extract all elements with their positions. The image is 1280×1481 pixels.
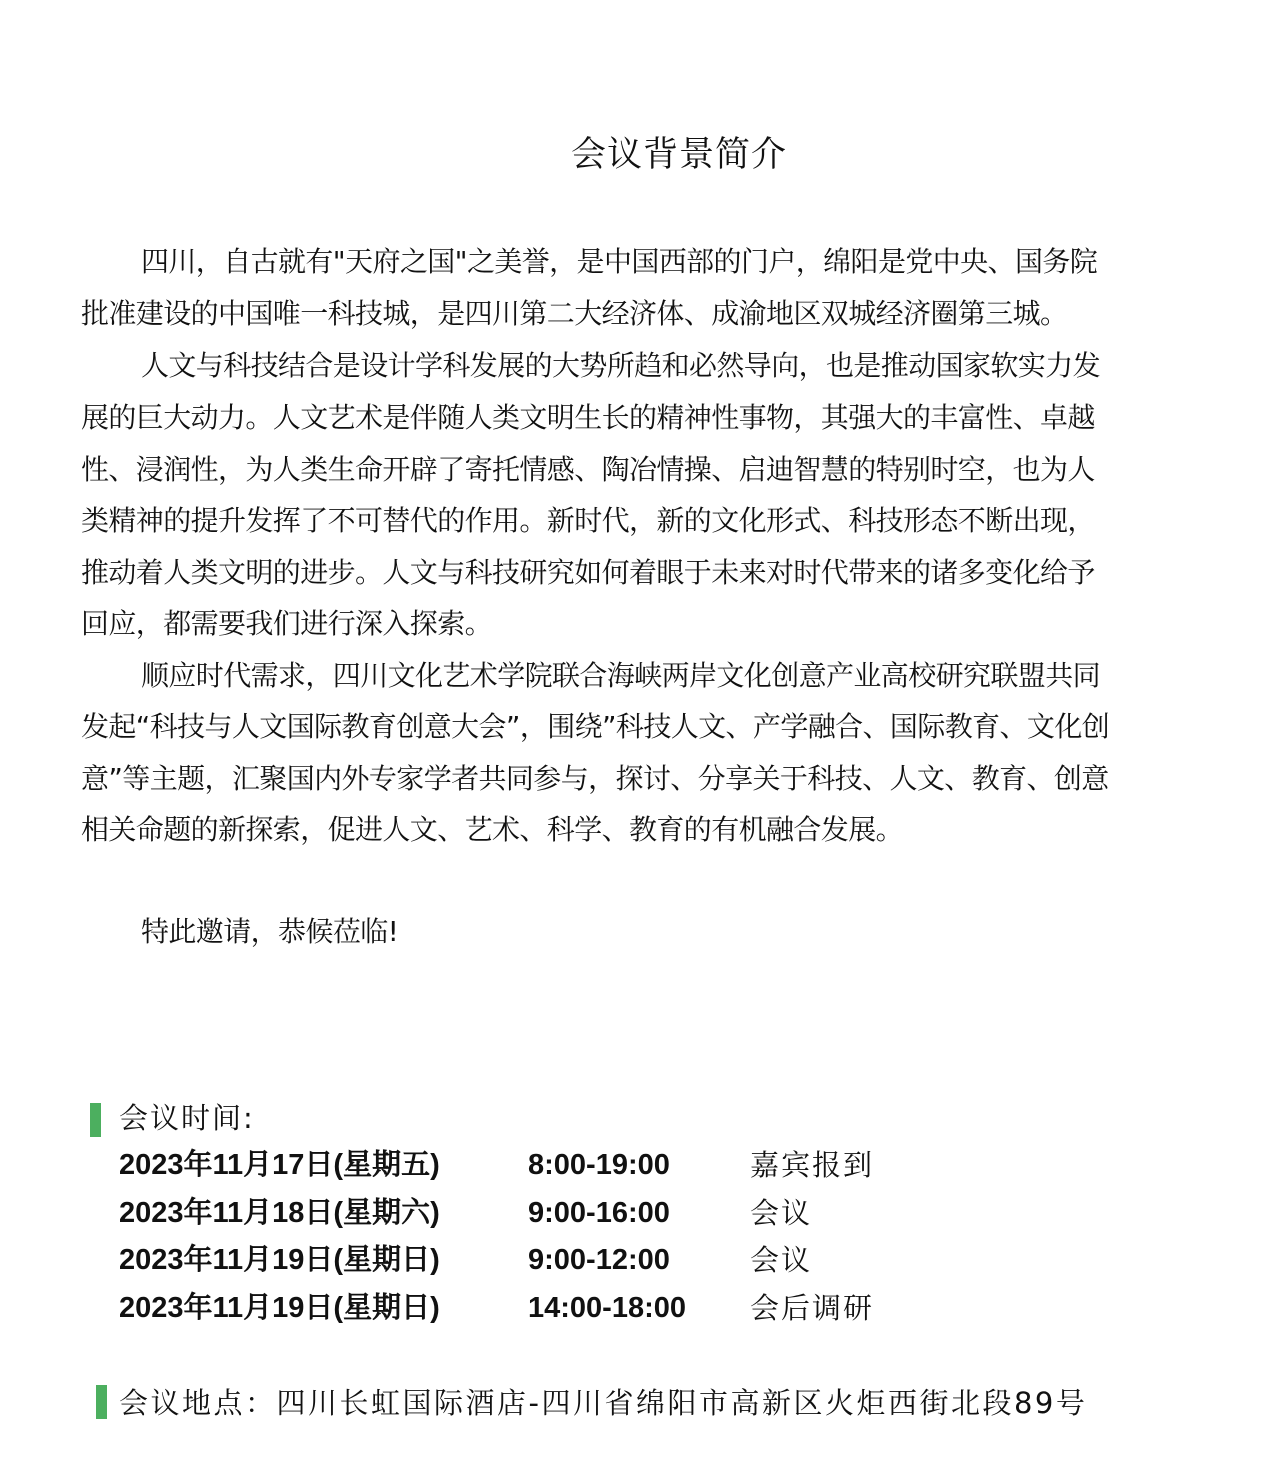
text-line: 推动着人类文明的进步。人文与科技研究如何着眼于未来对时代带来的诸多变化给予 — [81, 555, 1095, 591]
schedule-heading: 会议时间: — [119, 1099, 255, 1137]
section-marker-icon — [90, 1103, 101, 1137]
venue-label: 会议地点： — [119, 1386, 277, 1420]
schedule-activity: 会议 — [750, 1241, 812, 1279]
schedule-time: 9:00-16:00 — [528, 1194, 670, 1232]
schedule-date: 2023年11月19日(星期日) — [119, 1289, 440, 1327]
venue-line: 会议地点：四川长虹国际酒店-四川省绵阳市高新区火炬西街北段89号 — [119, 1384, 1087, 1422]
schedule-activity: 会议 — [750, 1194, 812, 1232]
schedule-time: 8:00-19:00 — [528, 1146, 670, 1184]
text-line: 四川，自古就有"天府之国"之美誉，是中国西部的门户，绵阳是党中央、国务院 — [141, 244, 1097, 280]
schedule-time: 14:00-18:00 — [528, 1289, 686, 1327]
text-line: 批准建设的中国唯一科技城，是四川第二大经济体、成渝地区双城经济圈第三城。 — [81, 296, 1067, 332]
schedule-time: 9:00-12:00 — [528, 1241, 670, 1279]
text-line: 相关命题的新探索，促进人文、艺术、科学、教育的有机融合发展。 — [81, 812, 903, 848]
closing-text: 特此邀请，恭候莅临! — [141, 914, 398, 950]
text-line: 意”等主题，汇聚国内外专家学者共同参与，探讨、分享关于科技、人文、教育、创意 — [81, 761, 1109, 797]
schedule-activity: 会后调研 — [750, 1289, 874, 1327]
text-line: 性、浸润性，为人类生命开辟了寄托情感、陶冶情操、启迪智慧的特别时空，也为人 — [81, 452, 1095, 488]
text-line: 顺应时代需求，四川文化艺术学院联合海峡两岸文化创意产业高校研究联盟共同 — [141, 658, 1100, 694]
section-marker-icon — [96, 1385, 107, 1419]
text-line: 类精神的提升发挥了不可替代的作用。新时代，新的文化形式、科技形态不断出现， — [81, 503, 1095, 539]
schedule-date: 2023年11月17日(星期五) — [119, 1146, 440, 1184]
schedule-date: 2023年11月19日(星期日) — [119, 1241, 440, 1279]
text-line: 展的巨大动力。人文艺术是伴随人类文明生长的精神性事物，其强大的丰富性、卓越 — [81, 400, 1095, 436]
venue-address: 四川长虹国际酒店-四川省绵阳市高新区火炬西街北段89号 — [277, 1386, 1088, 1420]
page-title: 会议背景简介 — [0, 130, 1280, 180]
schedule-activity: 嘉宾报到 — [750, 1146, 874, 1184]
text-line: 回应，都需要我们进行深入探索。 — [81, 606, 492, 642]
text-line: 人文与科技结合是设计学科发展的大势所趋和必然导向，也是推动国家软实力发 — [141, 348, 1100, 384]
schedule-date: 2023年11月18日(星期六) — [119, 1194, 440, 1232]
text-line: 发起“科技与人文国际教育创意大会”，围绕”科技人文、产学融合、国际教育、文化创 — [81, 709, 1109, 745]
